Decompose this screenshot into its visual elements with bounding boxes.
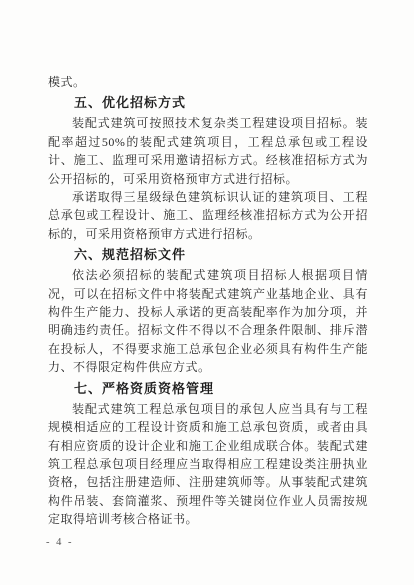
section-7-paragraph-1: 装配式建筑工程总承包项目的承包人应当具有与工程规模相适应的工程设计资质和施工总承… (48, 400, 368, 529)
page-number: - 4 - (46, 537, 74, 549)
section-heading-5: 五、优化招标方式 (48, 93, 368, 112)
paragraph-continuation: 模式。 (48, 73, 368, 91)
section-6-paragraph-1: 依法必须招标的装配式建筑项目招标人根据项目情况，可以在招标文件中将装配式建筑产业… (48, 266, 368, 376)
page-content: 模式。 五、优化招标方式 装配式建筑可按照技术复杂类工程建设项目招标。装配率超过… (48, 73, 368, 529)
section-5-paragraph-2: 承诺取得三星级绿色建筑标识认证的建筑项目、工程总承包或工程设计、施工、监理经核准… (48, 188, 368, 243)
document-page: 模式。 五、优化招标方式 装配式建筑可按照技术复杂类工程建设项目招标。装配率超过… (0, 0, 414, 585)
section-5-paragraph-1: 装配式建筑可按照技术复杂类工程建设项目招标。装配率超过50%的装配式建筑项目，工… (48, 114, 368, 188)
section-heading-6: 六、规范招标文件 (48, 245, 368, 264)
section-heading-7: 七、严格资质资格管理 (48, 379, 368, 398)
